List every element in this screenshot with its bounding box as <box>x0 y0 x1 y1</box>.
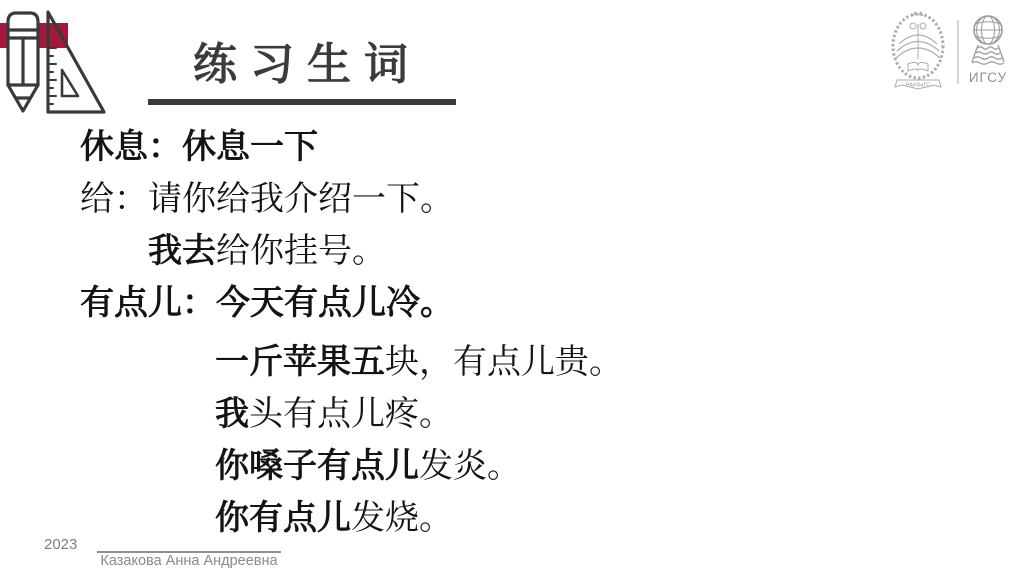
footer-author: Казакова Анна Андреевна <box>97 553 281 569</box>
text-line: 你有点儿发烧。 <box>215 492 1024 544</box>
ranepa-banner-label: РАНХиГС <box>906 83 930 89</box>
sentence-text: 发炎。 <box>419 447 521 485</box>
sentence-text: 头有点儿疼。 <box>249 395 453 433</box>
highlighted-word: 有点儿：今天有点儿冷。 <box>80 284 454 322</box>
highlighted-word: 一斤苹果五 <box>215 343 385 381</box>
text-line: 你嗓子有点儿发炎。 <box>215 440 1024 492</box>
ranepa-emblem-icon: РАНХиГС <box>886 9 950 97</box>
page-title: 练习生词 <box>148 28 456 92</box>
highlighted-word: 休息：休息一下 <box>80 128 318 166</box>
text-line: 给：请你给我介绍一下。 <box>80 173 1024 225</box>
open-book-icon <box>908 62 928 71</box>
body-lines: 休息：休息一下给：请你给我介绍一下。我去给你挂号。有点儿：今天有点儿冷。一斤苹果… <box>0 121 1024 544</box>
highlighted-word: 你有点儿 <box>215 499 351 537</box>
text-line: 休息：休息一下 <box>80 121 1024 173</box>
title-underline <box>148 99 456 105</box>
sentence-text: 给你挂号。 <box>216 232 386 270</box>
sentence-text: 发烧。 <box>351 499 453 537</box>
footer-year: 2023 <box>44 536 77 553</box>
text-line: 我头有点儿疼。 <box>215 388 1024 440</box>
text-line: 一斤苹果五块，有点儿贵。 <box>215 336 1024 388</box>
waves-icon <box>972 45 1004 64</box>
sentence-text: 块，有点儿贵。 <box>385 343 623 381</box>
text-line: 有点儿：今天有点儿冷。 <box>80 277 1024 329</box>
pencil-ruler-icon <box>0 8 112 118</box>
highlighted-word: 我 <box>215 395 249 433</box>
text-line: 我去给你挂号。 <box>148 225 1024 277</box>
highlighted-word: 你嗓子有点儿 <box>215 447 419 485</box>
highlighted-word: 我去 <box>148 232 216 270</box>
sentence-text: 给：请你给我介绍一下。 <box>80 180 454 218</box>
logo-separator <box>957 20 959 84</box>
igsu-logo-icon: ИГСУ <box>962 13 1014 87</box>
igsu-label: ИГСУ <box>969 70 1007 85</box>
